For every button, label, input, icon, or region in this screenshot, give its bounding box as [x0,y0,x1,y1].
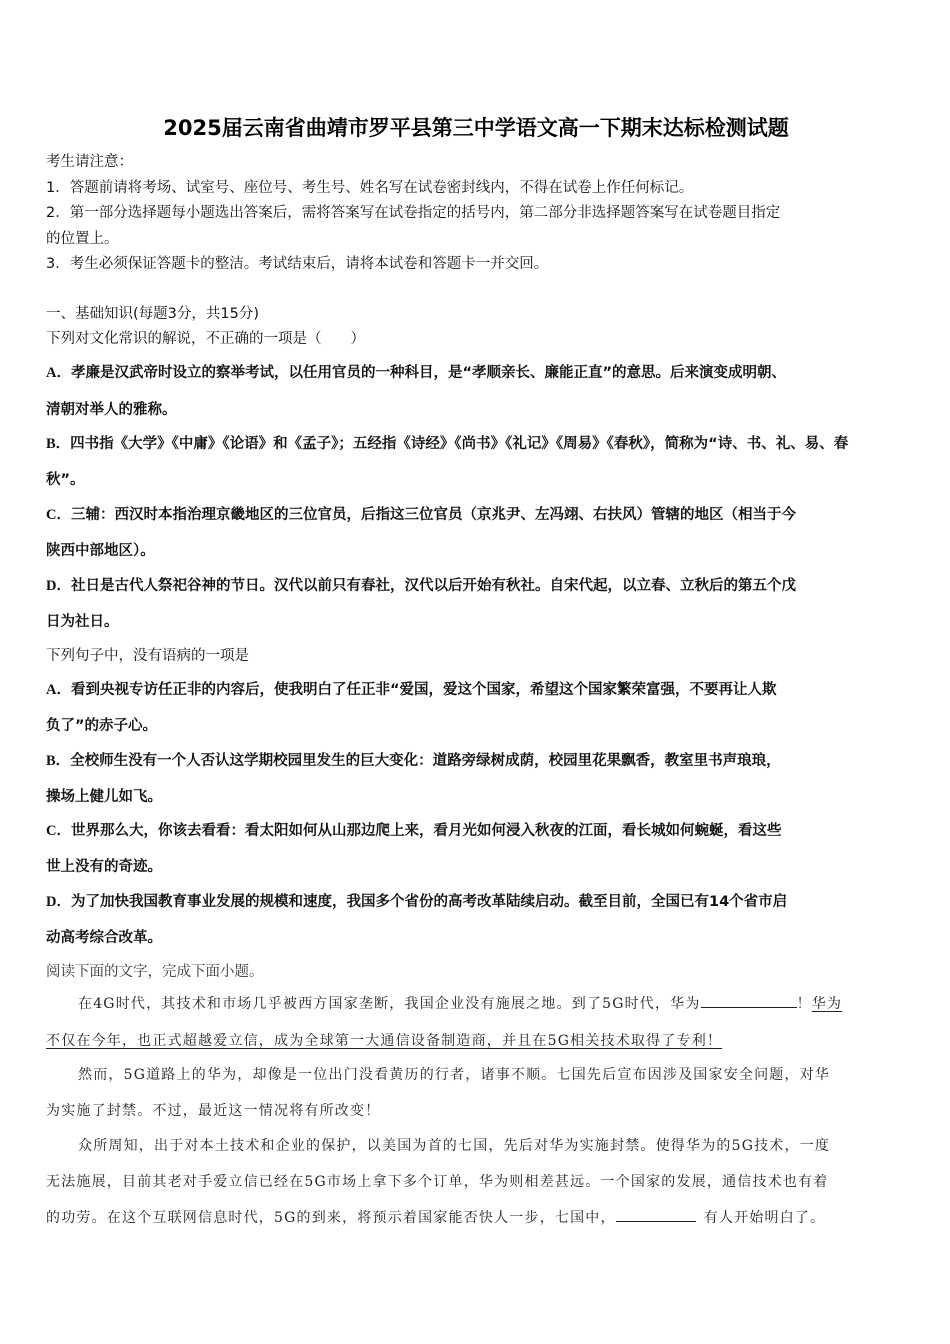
q1-option-a-cont: 清朝对举人的雅称。 [46,398,906,419]
q1-option-d-cont: 日为社日。 [46,610,906,631]
underlined-sentence: 不仅在今年，也正式超越爱立信，成为全球第一大通信设备制造商，并且在5G相关技术取… [46,1033,722,1049]
notice-item-2-cont: 的位置上。 [46,227,906,253]
option-label: A． [46,682,71,698]
option-label: A． [46,365,71,381]
option-label: D． [46,578,71,594]
underlined-sentence: 华为 [812,996,842,1012]
notice-item-3: 3．考生必须保证答题卡的整洁。考试结束后，请将本试卷和答题卡一并交回。 [46,252,906,278]
q1-option-d: D．社日是古代人祭祀谷神的节日。汉代以前只有春社，汉代以后开始有秋社。自宋代起，… [46,574,906,595]
passage-p1-line1: 在4G时代，其技术和市场几乎被西方国家垄断，我国企业没有施展之地。到了5G时代，… [46,993,938,1013]
notice-item-2: 2．第一部分选择题每小题选出答案后，需将答案写在试卷指定的括号内，第二部分非选择… [46,201,906,227]
q1-option-c-cont: 陕西中部地区）。 [46,539,906,560]
fill-blank-2[interactable] [616,1207,696,1222]
q2-option-a-cont: 负了”的赤子心。 [46,714,906,735]
q2-option-b-cont: 操场上健儿如飞。 [46,785,906,806]
reading-instruction: 阅读下面的文字，完成下面小题。 [46,960,906,981]
passage-text: 在4G时代，其技术和市场几乎被西方国家垄断，我国企业没有施展之地。到了5G时代，… [78,996,701,1012]
passage-p3-line1: 众所周知，出于对本土技术和企业的保护，以美国为首的七国，先后对华为实施封禁。使得… [46,1135,938,1155]
q2-option-c-cont: 世上没有的奇迹。 [46,855,906,876]
q2-option-c: C．世界那么大，你该去看看：看太阳如何从山那边爬上来，看月光如何浸入秋夜的江面，… [46,819,906,840]
q2-option-d: D．为了加快我国教育事业发展的规模和速度，我国多个省份的高考改革陆续启动。截至目… [46,890,906,911]
section-heading: 一、基础知识(每题3分，共15分) [46,302,906,323]
option-label: C． [46,507,71,523]
q2-option-a: A．看到央视专访任正非的内容后，使我明白了任正非“爱国，爱这个国家，希望这个国家… [46,678,906,699]
option-label: C． [46,823,71,839]
q1-option-b-cont: 秋”。 [46,468,906,489]
q1-option-c: C．三辅：西汉时本指治理京畿地区的三位官员，后指这三位官员（京兆尹、左冯翊、右扶… [46,503,906,524]
option-label: B． [46,436,70,452]
exam-notice: 考生请注意： 1．答题前请将考场、试室号、座位号、考生号、姓名写在试卷密封线内，… [46,150,906,278]
q2-option-d-cont: 动高考综合改革。 [46,926,906,947]
option-text: 三辅：西汉时本指治理京畿地区的三位官员，后指这三位官员（京兆尹、左冯翊、右扶风）… [71,507,796,523]
fill-blank-1[interactable] [701,993,797,1008]
question-1-stem: 下列对文化常识的解说，不正确的一项是（ ） [46,327,906,348]
passage-p3-line3: 的功劳。在这个互联网信息时代，5G的到来，将预示着国家能否快人一步，七国中，有人… [46,1207,906,1227]
passage-p1-line2: 不仅在今年，也正式超越爱立信，成为全球第一大通信设备制造商，并且在5G相关技术取… [46,1030,906,1050]
question-2-stem: 下列句子中，没有语病的一项是 [46,644,906,665]
option-label: D． [46,894,71,910]
passage-p2-line2: 为实施了封禁。不过，最近这一情况将有所改变！ [46,1100,906,1120]
passage-text: 的功劳。在这个互联网信息时代，5G的到来，将预示着国家能否快人一步，七国中， [46,1210,616,1226]
notice-item-1: 1．答题前请将考场、试室号、座位号、考生号、姓名写在试卷密封线内，不得在试卷上作… [46,176,906,202]
notice-heading: 考生请注意： [46,150,906,176]
q1-option-a: A．孝廉是汉武帝时设立的察举考试，以任用官员的一种科目，是“孝顺亲长、廉能正直”… [46,361,906,382]
option-text: 四书指《大学》《中庸》《论语》和《孟子》；五经指《诗经》《尚书》《礼记》《周易》… [70,436,848,452]
option-text: 为了加快我国教育事业发展的规模和速度，我国多个省份的高考改革陆续启动。截至目前，… [71,894,787,910]
option-text: 看到央视专访任正非的内容后，使我明白了任正非“爱国，爱这个国家，希望这个国家繁荣… [71,682,777,698]
option-text: 全校师生没有一个人否认这学期校园里发生的巨大变化：道路旁绿树成荫，校园里花果飘香… [70,753,781,769]
q2-option-b: B．全校师生没有一个人否认这学期校园里发生的巨大变化：道路旁绿树成荫，校园里花果… [46,749,906,770]
option-text: 孝廉是汉武帝时设立的察举考试，以任用官员的一种科目，是“孝顺亲长、廉能正直”的意… [71,365,786,381]
option-text: 世界那么大，你该去看看：看太阳如何从山那边爬上来，看月光如何浸入秋夜的江面，看长… [71,823,782,839]
option-label: B． [46,753,70,769]
option-text: 社日是古代人祭祀谷神的节日。汉代以前只有春社，汉代以后开始有秋社。自宋代起，以立… [71,578,796,594]
q1-option-b: B．四书指《大学》《中庸》《论语》和《孟子》；五经指《诗经》《尚书》《礼记》《周… [46,432,906,453]
passage-text: 有人开始明白了。 [704,1210,826,1226]
passage-p3-line2: 无法施展，目前其老对手爱立信已经在5G市场上拿下多个订单，华为则相差甚远。一个国… [46,1171,906,1191]
page-title: 2025届云南省曲靖市罗平县第三中学语文高一下期末达标检测试题 [46,112,906,142]
passage-p2-line1: 然而，5G道路上的华为，却像是一位出门没看黄历的行者，诸事不顺。七国先后宣布因涉… [46,1064,938,1084]
passage-text: ！ [797,996,812,1012]
